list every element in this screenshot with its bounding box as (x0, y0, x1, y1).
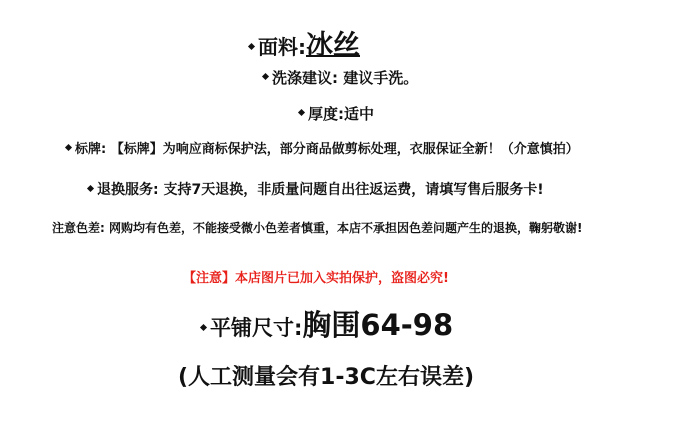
fabric-label: 面料: (258, 35, 306, 59)
diamond-bullet-icon (200, 323, 207, 330)
copyright-warning: 【注意】本店图片已加入实拍保护，盗图必究! (183, 272, 449, 285)
tag-text: 标牌: 【标牌】为响应商标保护法，部分商品做剪标处理，衣服保证全新！（介意慎拍） (75, 142, 579, 157)
washing-label: 洗涤建议: (272, 69, 338, 87)
washing-line: 洗涤建议: 建议手洗。 (263, 71, 418, 86)
size-line: 平铺尺寸:胸围64-98 (201, 311, 453, 340)
measure-note-text: (人工测量会有1-3C左右误差) (178, 365, 474, 390)
diamond-bullet-icon (65, 144, 72, 151)
color-note-text: 注意色差: 网购均有色差，不能接受微小色差者慎重，本店不承担因色差问题产生的退换… (52, 221, 582, 235)
returns-line: 退换服务: 支持7天退换，非质量问题自出往返运费，请填写售后服务卡! (88, 183, 544, 197)
thickness-line: 厚度:适中 (299, 107, 374, 122)
color-note-line: 注意色差: 网购均有色差，不能接受微小色差者慎重，本店不承担因色差问题产生的退换… (52, 222, 582, 234)
fabric-value: 冰丝 (306, 30, 360, 61)
thickness-label: 厚度: (308, 105, 344, 123)
thickness-value: 适中 (344, 105, 374, 123)
measure-note-line: (人工测量会有1-3C左右误差) (178, 367, 474, 389)
warning-text: 【注意】本店图片已加入实拍保护，盗图必究! (183, 271, 449, 286)
size-label: 平铺尺寸: (210, 316, 302, 340)
diamond-bullet-icon (262, 73, 269, 80)
tag-line: 标牌: 【标牌】为响应商标保护法，部分商品做剪标处理，衣服保证全新！（介意慎拍） (66, 143, 579, 156)
diamond-bullet-icon (298, 109, 305, 116)
fabric-line: 面料:冰丝 (249, 32, 360, 59)
size-value: 胸围64-98 (302, 308, 453, 342)
returns-text: 退换服务: 支持7天退换，非质量问题自出往返运费，请填写售后服务卡! (97, 182, 544, 198)
diamond-bullet-icon (87, 184, 94, 191)
washing-value: 建议手洗。 (343, 69, 418, 87)
diamond-bullet-icon (248, 43, 255, 50)
